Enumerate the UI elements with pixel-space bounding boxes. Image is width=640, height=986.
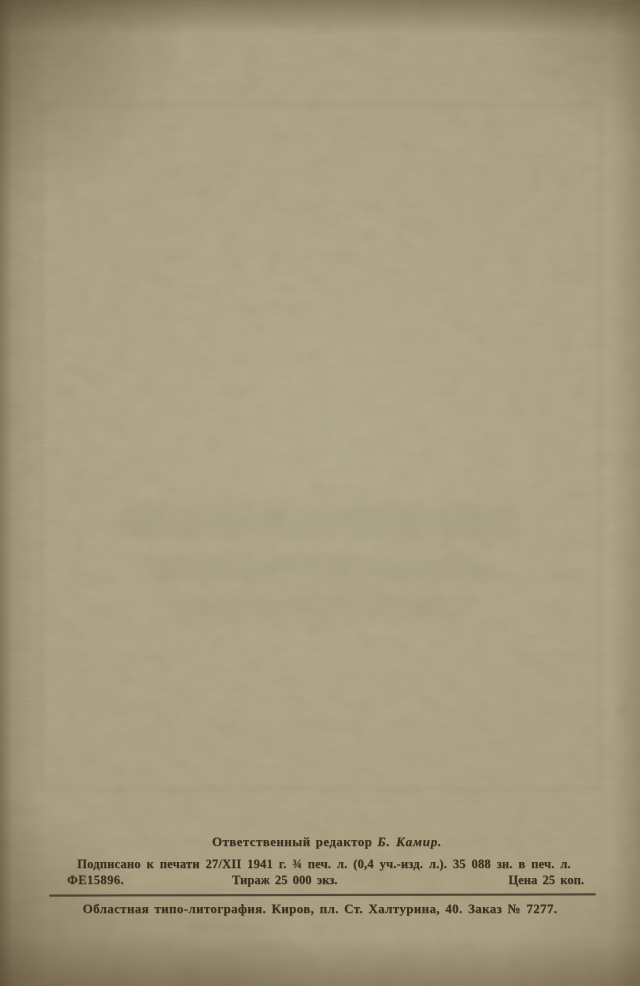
- divider-rule: [49, 893, 596, 896]
- print-meta-row: ФЕ15896. Тираж 25 000 экз. Цена 25 коп.: [0, 873, 640, 889]
- printer-address-line: Областная типо-литография. Киров, пл. Ст…: [0, 901, 640, 917]
- print-info-line: Подписано к печати 27/XII 1941 г. ¾ печ.…: [48, 857, 600, 872]
- scanned-book-page: Ответственный редактор Б. Камир. Подписа…: [0, 0, 640, 986]
- price: Цена 25 коп.: [508, 873, 584, 888]
- editor-name: Б. Камир.: [377, 834, 442, 849]
- editor-line: Ответственный редактор Б. Камир.: [14, 834, 640, 850]
- colophon-block: Ответственный редактор Б. Камир. Подписа…: [0, 0, 640, 986]
- editor-label: Ответственный редактор: [212, 834, 372, 849]
- censor-code: ФЕ15896.: [67, 873, 124, 888]
- print-run: Тираж 25 000 экз.: [232, 873, 337, 888]
